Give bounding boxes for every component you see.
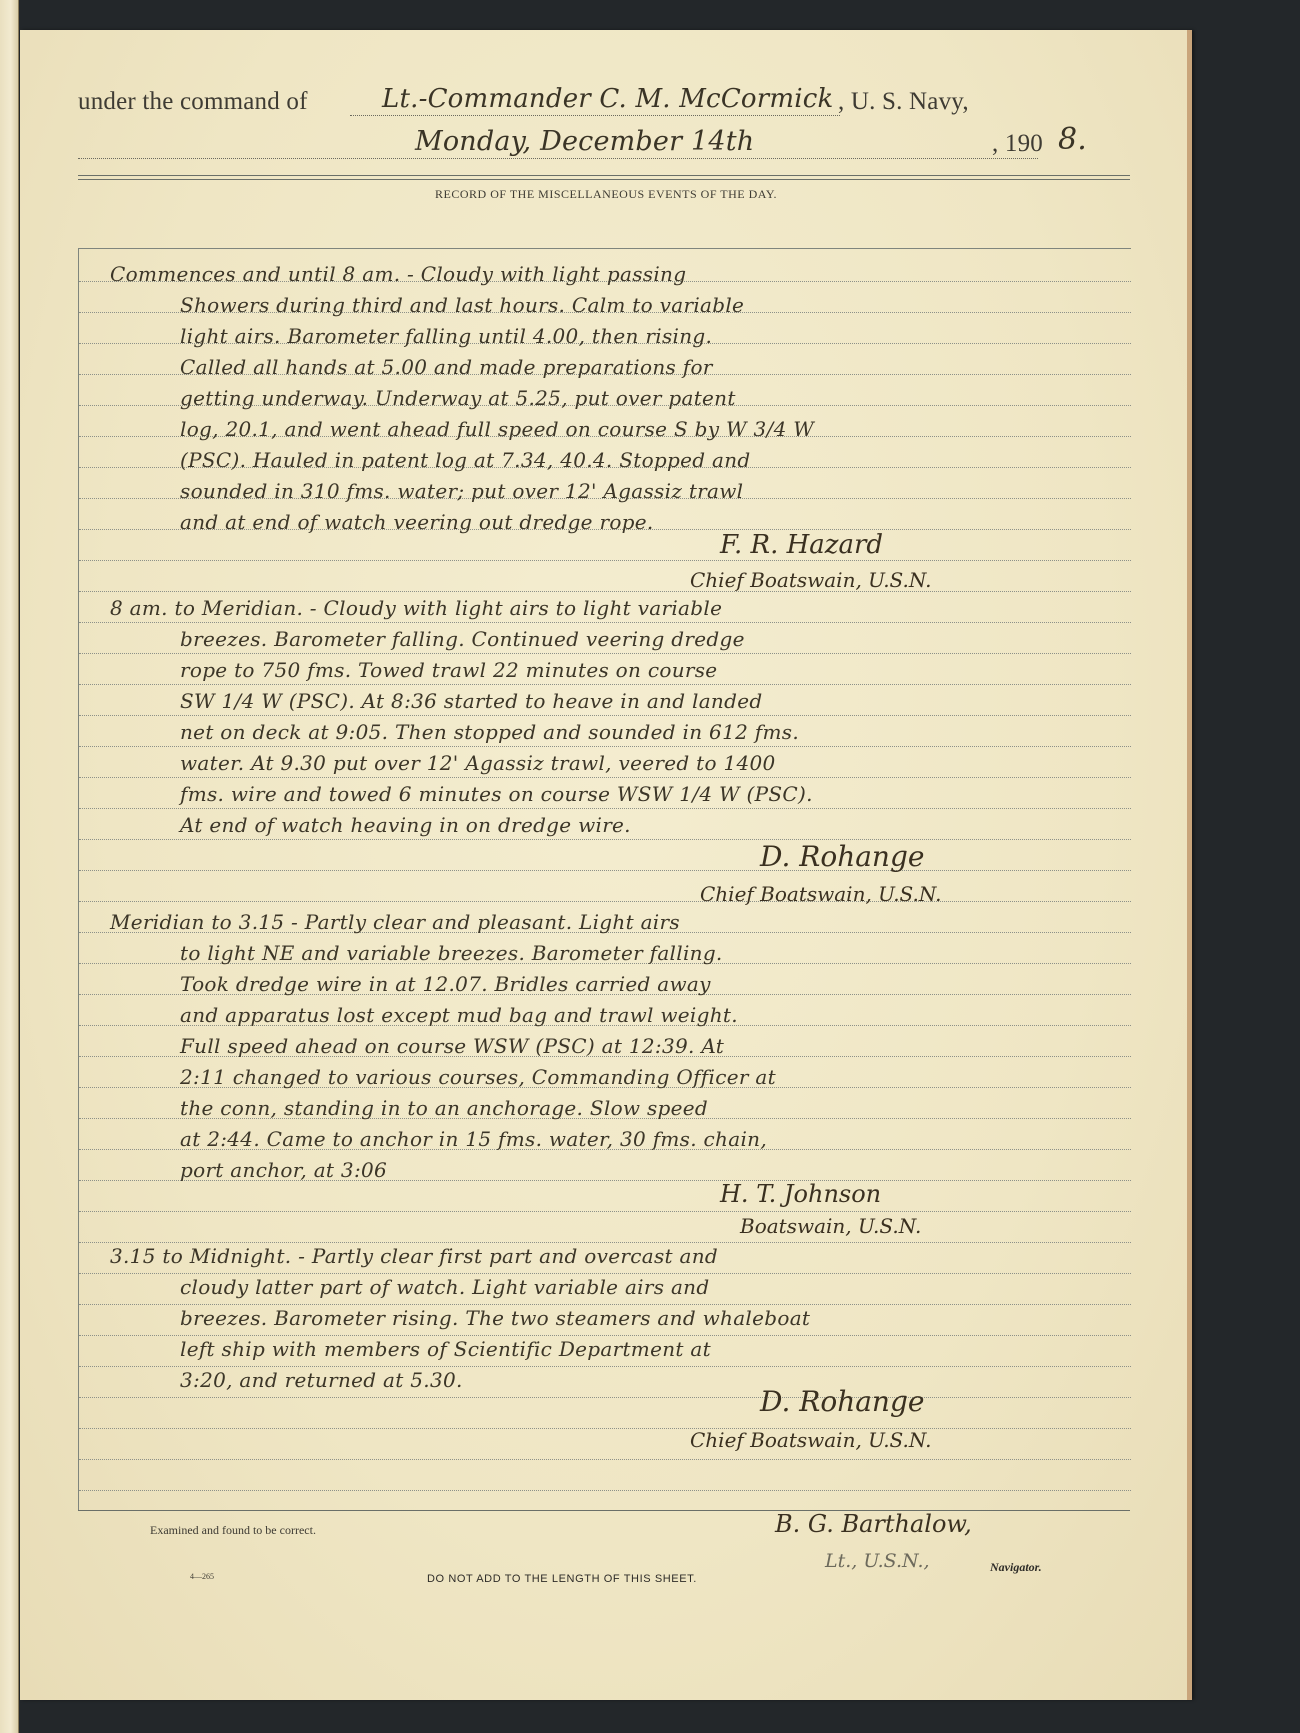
adjacent-page-edge bbox=[0, 0, 19, 1733]
ruled-line bbox=[79, 715, 1131, 716]
ruled-line bbox=[79, 560, 1131, 561]
command-prefix: under the command of bbox=[78, 88, 308, 115]
commander-name: Lt.-Commander C. M. McCormick bbox=[382, 84, 833, 114]
signature-officer-of-watch: D. Rohange bbox=[760, 1385, 924, 1418]
ruled-line bbox=[79, 1366, 1131, 1367]
log-sheet: under the command of Lt.-Commander C. M.… bbox=[20, 30, 1192, 1700]
date-handwritten: Monday, December 14th bbox=[415, 126, 754, 157]
entry-line: getting underway. Underway at 5.25, put … bbox=[180, 386, 736, 410]
year-handwritten: 8. bbox=[1058, 122, 1087, 157]
ruled-line bbox=[79, 1273, 1131, 1274]
signature-officer-of-watch: H. T. Johnson bbox=[720, 1180, 881, 1208]
signature-rank: Boatswain, U.S.N. bbox=[740, 1214, 921, 1238]
examined-statement: Examined and found to be correct. bbox=[150, 1523, 316, 1538]
navy-suffix: , U. S. Navy, bbox=[838, 88, 969, 116]
ruled-line bbox=[79, 901, 1131, 902]
entry-line: the conn, standing in to an anchorage. S… bbox=[180, 1096, 708, 1120]
date-field-line bbox=[78, 158, 1038, 159]
entry-line: breezes. Barometer rising. The two steam… bbox=[180, 1306, 810, 1330]
entry-line: and at end of watch veering out dredge r… bbox=[180, 510, 654, 534]
form-number: 4—265 bbox=[190, 1572, 214, 1581]
command-line: under the command of bbox=[78, 88, 308, 116]
entry-line: At end of watch heaving in on dredge wir… bbox=[180, 813, 631, 837]
entry-line: light airs. Barometer falling until 4.00… bbox=[180, 324, 712, 348]
ruled-line bbox=[79, 746, 1131, 747]
ruled-line bbox=[79, 870, 1131, 871]
entry-line: SW 1/4 W (PSC). At 8:36 started to heave… bbox=[180, 689, 762, 713]
ruled-line bbox=[79, 777, 1131, 778]
page-edge bbox=[1187, 30, 1192, 1700]
entry-line: Full speed ahead on course WSW (PSC) at … bbox=[180, 1034, 724, 1058]
navigator-label: Navigator. bbox=[990, 1560, 1042, 1575]
entry-line: 8 am. to Meridian. - Cloudy with light a… bbox=[110, 596, 722, 620]
entry-line: 3:20, and returned at 5.30. bbox=[180, 1368, 463, 1392]
header-double-rule bbox=[78, 175, 1130, 180]
ruled-line bbox=[79, 622, 1131, 623]
entry-line: port anchor, at 3:06 bbox=[180, 1158, 387, 1182]
ruled-line bbox=[79, 1397, 1131, 1398]
ruled-line bbox=[79, 1211, 1131, 1212]
ruled-line bbox=[79, 839, 1131, 840]
signature-officer-of-watch: F. R. Hazard bbox=[720, 530, 883, 560]
entry-line: breezes. Barometer falling. Continued ve… bbox=[180, 627, 745, 651]
ruled-line bbox=[79, 1304, 1131, 1305]
signature-rank: Chief Boatswain, U.S.N. bbox=[690, 1428, 931, 1452]
ruled-line bbox=[79, 1490, 1131, 1491]
ruled-line bbox=[79, 808, 1131, 809]
ruled-line bbox=[79, 1242, 1131, 1243]
entry-line: Showers during third and last hours. Cal… bbox=[180, 293, 744, 317]
signature-officer-of-watch: D. Rohange bbox=[760, 840, 924, 873]
signature-rank: Chief Boatswain, U.S.N. bbox=[700, 882, 941, 906]
section-title: RECORD OF THE MISCELLANEOUS EVENTS OF TH… bbox=[20, 187, 1192, 202]
commander-field-line bbox=[350, 115, 840, 116]
entry-line: Called all hands at 5.00 and made prepar… bbox=[180, 355, 713, 379]
ruled-line bbox=[79, 1428, 1131, 1429]
navigator-rank: Lt., U.S.N., bbox=[825, 1550, 930, 1572]
entry-line: left ship with members of Scientific Dep… bbox=[180, 1337, 711, 1361]
navigator-signature: B. G. Barthalow, bbox=[775, 1510, 972, 1538]
entry-line: at 2:44. Came to anchor in 15 fms. water… bbox=[180, 1127, 767, 1151]
ruled-line bbox=[79, 591, 1131, 592]
entry-line: 3.15 to Midnight. - Partly clear first p… bbox=[110, 1244, 718, 1268]
entry-line: cloudy latter part of watch. Light varia… bbox=[180, 1275, 709, 1299]
year-printed: , 190 bbox=[992, 130, 1043, 158]
entry-line: (PSC). Hauled in patent log at 7.34, 40.… bbox=[180, 448, 751, 472]
entry-line: and apparatus lost except mud bag and tr… bbox=[180, 1003, 738, 1027]
entry-line: sounded in 310 fms. water; put over 12' … bbox=[180, 479, 743, 503]
entry-line: Meridian to 3.15 - Partly clear and plea… bbox=[110, 910, 680, 934]
entry-line: log, 20.1, and went ahead full speed on … bbox=[180, 417, 814, 441]
entry-line: net on deck at 9:05. Then stopped and so… bbox=[180, 720, 799, 744]
entry-line: 2:11 changed to various courses, Command… bbox=[180, 1065, 776, 1089]
entry-line: Commences and until 8 am. - Cloudy with … bbox=[110, 262, 686, 286]
entry-line: rope to 750 fms. Towed trawl 22 minutes … bbox=[180, 658, 717, 682]
entry-line: to light NE and variable breezes. Barome… bbox=[180, 941, 723, 965]
ruled-line bbox=[79, 653, 1131, 654]
record-bottom-rule bbox=[78, 1510, 1130, 1511]
entry-line: fms. wire and towed 6 minutes on course … bbox=[180, 782, 813, 806]
ruled-line bbox=[79, 1335, 1131, 1336]
ruled-line bbox=[79, 1459, 1131, 1460]
entry-line: water. At 9.30 put over 12' Agassiz traw… bbox=[180, 751, 776, 775]
ruled-line bbox=[79, 684, 1131, 685]
entry-line: Took dredge wire in at 12.07. Bridles ca… bbox=[180, 972, 711, 996]
sheet-length-notice: DO NOT ADD TO THE LENGTH OF THIS SHEET. bbox=[427, 1573, 697, 1585]
signature-rank: Chief Boatswain, U.S.N. bbox=[690, 568, 931, 592]
